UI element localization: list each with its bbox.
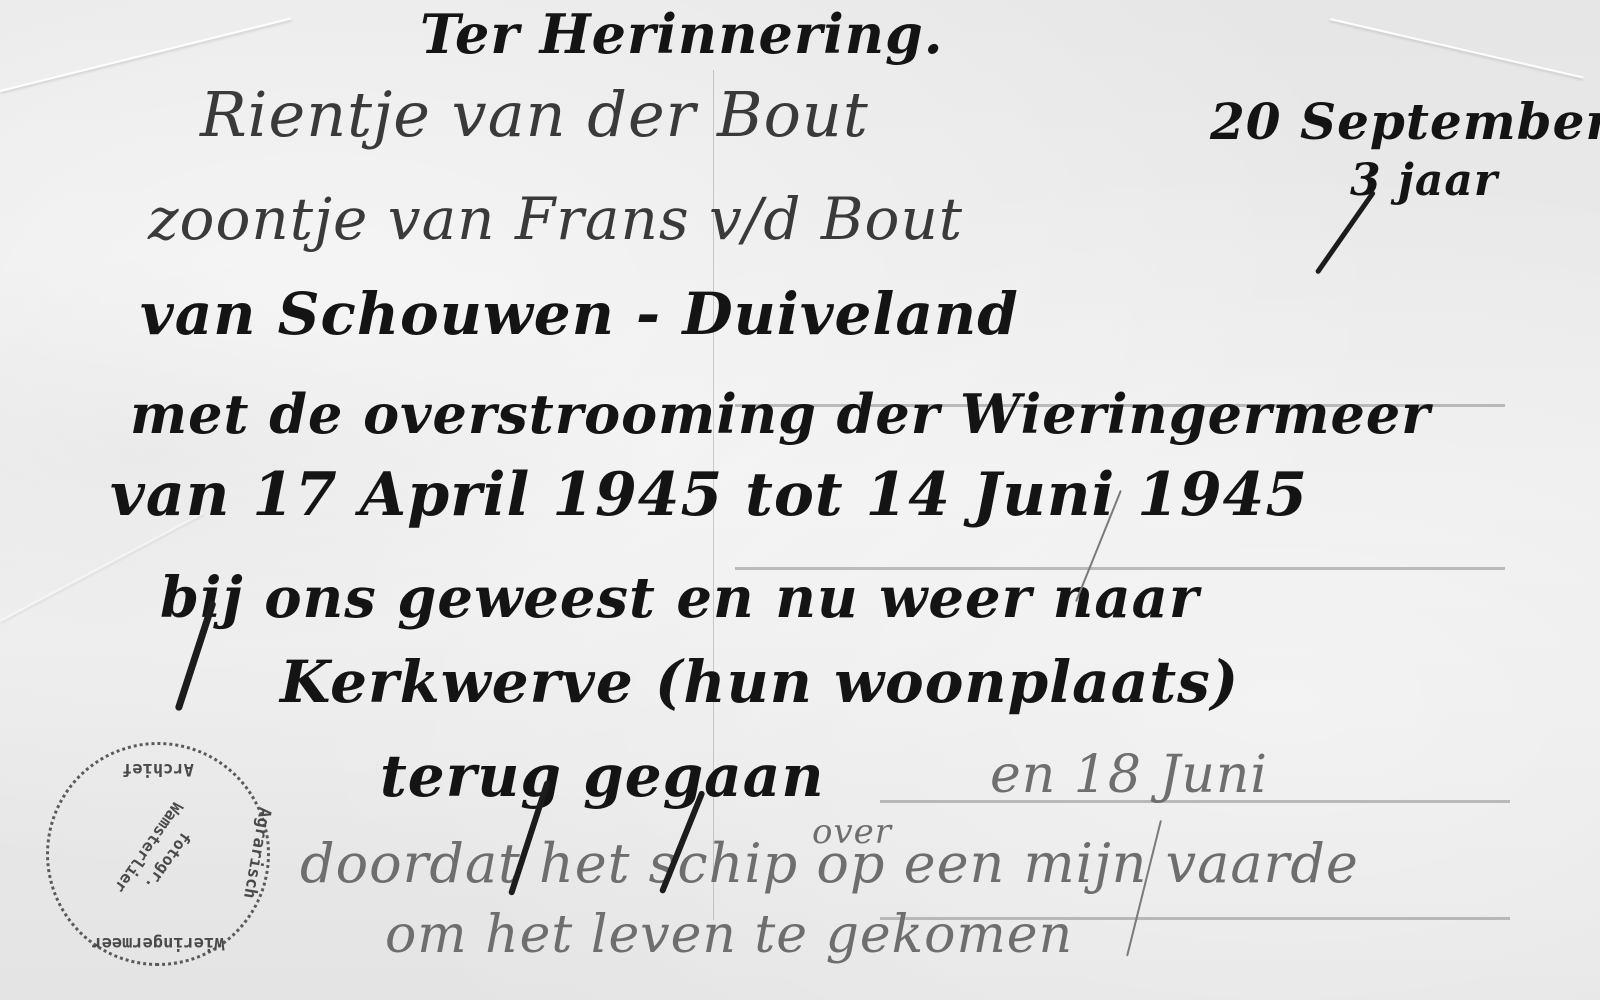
text-line-5: van 17 April 1945 tot 14 Juni 1945 — [110, 460, 1308, 530]
postcard: Ter Herinnering. Rientje van der Bout 20… — [0, 0, 1600, 1000]
stamp-text-bottom: Archief — [49, 759, 267, 779]
stamp-text-left: Agrarisch — [239, 806, 275, 900]
descender-stroke — [1315, 190, 1376, 275]
stamp-text-top: Wieringermeer — [49, 933, 267, 953]
text-line-1: Rientje van der Bout — [200, 78, 869, 151]
stamp-center-text: fotogr. Wamsterlier — [108, 797, 208, 911]
text-line-2: zoontje van Frans v/d Bout — [148, 185, 963, 253]
text-line-8: terug gegaan — [380, 742, 825, 810]
pencil-line-10: om het leven te gekomen — [385, 905, 1073, 965]
text-line-4: met de overstrooming der Wieringermeer — [130, 382, 1431, 446]
pencil-addition-date: en 18 Juni — [990, 745, 1268, 805]
text-line-3: van Schouwen - Duiveland — [140, 280, 1019, 348]
text-line-7: Kerkwerve (hun woonplaats) — [280, 648, 1239, 716]
heading: Ter Herinnering. — [420, 2, 944, 66]
text-line-6: bij ons geweest en nu weer naar — [160, 565, 1199, 631]
date-line: 20 September — [1210, 92, 1600, 151]
archive-stamp: Wieringermeer Agrarisch Archief fotogr. … — [46, 742, 270, 966]
paper-crease — [1330, 18, 1584, 78]
pencil-line-9: doordat het schip op een mijn vaarde — [300, 832, 1359, 895]
